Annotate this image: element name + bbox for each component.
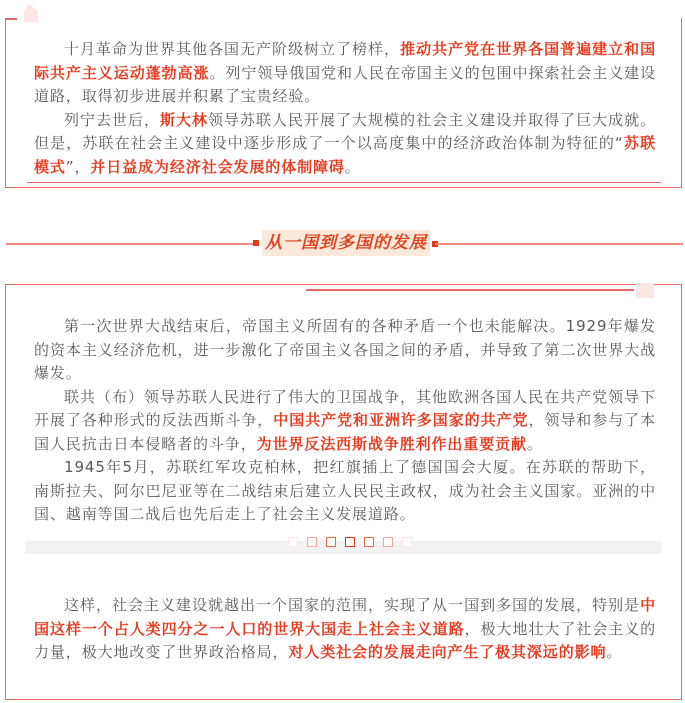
body-text: 1945年5月，苏联红军攻克柏林，把红旗插上了德国国会大厦。在苏联的帮助下，南斯… <box>34 458 656 523</box>
divider-square-icon <box>326 537 336 547</box>
body-text: 十月革命为世界其他各国无产阶级树立了榜样， <box>64 40 400 58</box>
divider-square-icon <box>307 537 317 547</box>
inner-topline <box>306 289 634 291</box>
paragraph: 第一次世界大战结束后，帝国主义所固有的各种矛盾一个也未能解决。1929年爆发的资… <box>34 315 656 386</box>
section1-text: 十月革命为世界其他各国无产阶级树立了榜样，推动共产党在世界各国普遍建立和国际共产… <box>34 38 656 179</box>
paragraph: 十月革命为世界其他各国无产阶级树立了榜样，推动共产党在世界各国普遍建立和国际共产… <box>34 38 656 109</box>
heading-line-right <box>435 243 683 245</box>
body-text: 这样，社会主义建设就越出一个国家的范围，实现了从一国到多国的发展，特别是 <box>64 596 640 614</box>
body-text: ”， <box>66 158 91 176</box>
section-heading-title: 从一国到多国的发展 <box>262 230 430 256</box>
highlighted-text: 为世界反法西斯战争胜利作出重要贡献 <box>257 435 527 453</box>
body-text: 。 <box>606 643 622 661</box>
divider-square-icon <box>383 537 393 547</box>
heading-square-bullet-icon <box>253 240 259 246</box>
highlighted-text: 并日益成为经济社会发展的体制障碍 <box>90 158 344 176</box>
heading-line-left <box>6 243 254 245</box>
divider-square-icon <box>345 537 355 547</box>
closing-text: 这样，社会主义建设就越出一个国家的范围，实现了从一国到多国的发展，特别是中国这样… <box>34 594 656 665</box>
paragraph: 联共（布）领导苏联人民进行了伟大的卫国战争，其他欧洲各国人民在共产党领导下开展了… <box>34 386 656 457</box>
section2-text: 第一次世界大战结束后，帝国主义所固有的各种矛盾一个也未能解决。1929年爆发的资… <box>34 315 656 527</box>
section-heading: 从一国到多国的发展 <box>0 228 685 258</box>
highlighted-text: 对人类社会的发展走向产生了极其深远的影响 <box>288 643 606 661</box>
inner-underline <box>27 182 661 184</box>
divider-square-icon <box>288 537 298 547</box>
body-text: 。 <box>527 435 543 453</box>
body-text: 。 <box>345 158 361 176</box>
paragraph: 1945年5月，苏联红军攻克柏林，把红旗插上了德国国会大厦。在苏联的帮助下，南斯… <box>34 456 656 527</box>
body-text: 列宁去世后， <box>64 111 160 129</box>
highlighted-text: 中国共产党和亚洲许多国家的共产党 <box>273 411 528 429</box>
divider-square-icon <box>402 537 412 547</box>
highlighted-text: 斯大林 <box>160 111 208 129</box>
border-stub <box>5 18 17 20</box>
divider-square-icon <box>364 537 374 547</box>
body-text: 第一次世界大战结束后，帝国主义所固有的各种矛盾一个也未能解决。1929年爆发的资… <box>34 317 656 382</box>
corner-square-decoration-icon <box>636 283 654 298</box>
paragraph: 列宁去世后，斯大林领导苏联人民开展了大规模的社会主义建设并取得了巨大成就。但是，… <box>34 109 656 180</box>
paragraph: 这样，社会主义建设就越出一个国家的范围，实现了从一国到多国的发展，特别是中国这样… <box>34 594 656 665</box>
divider-squares <box>288 537 412 549</box>
